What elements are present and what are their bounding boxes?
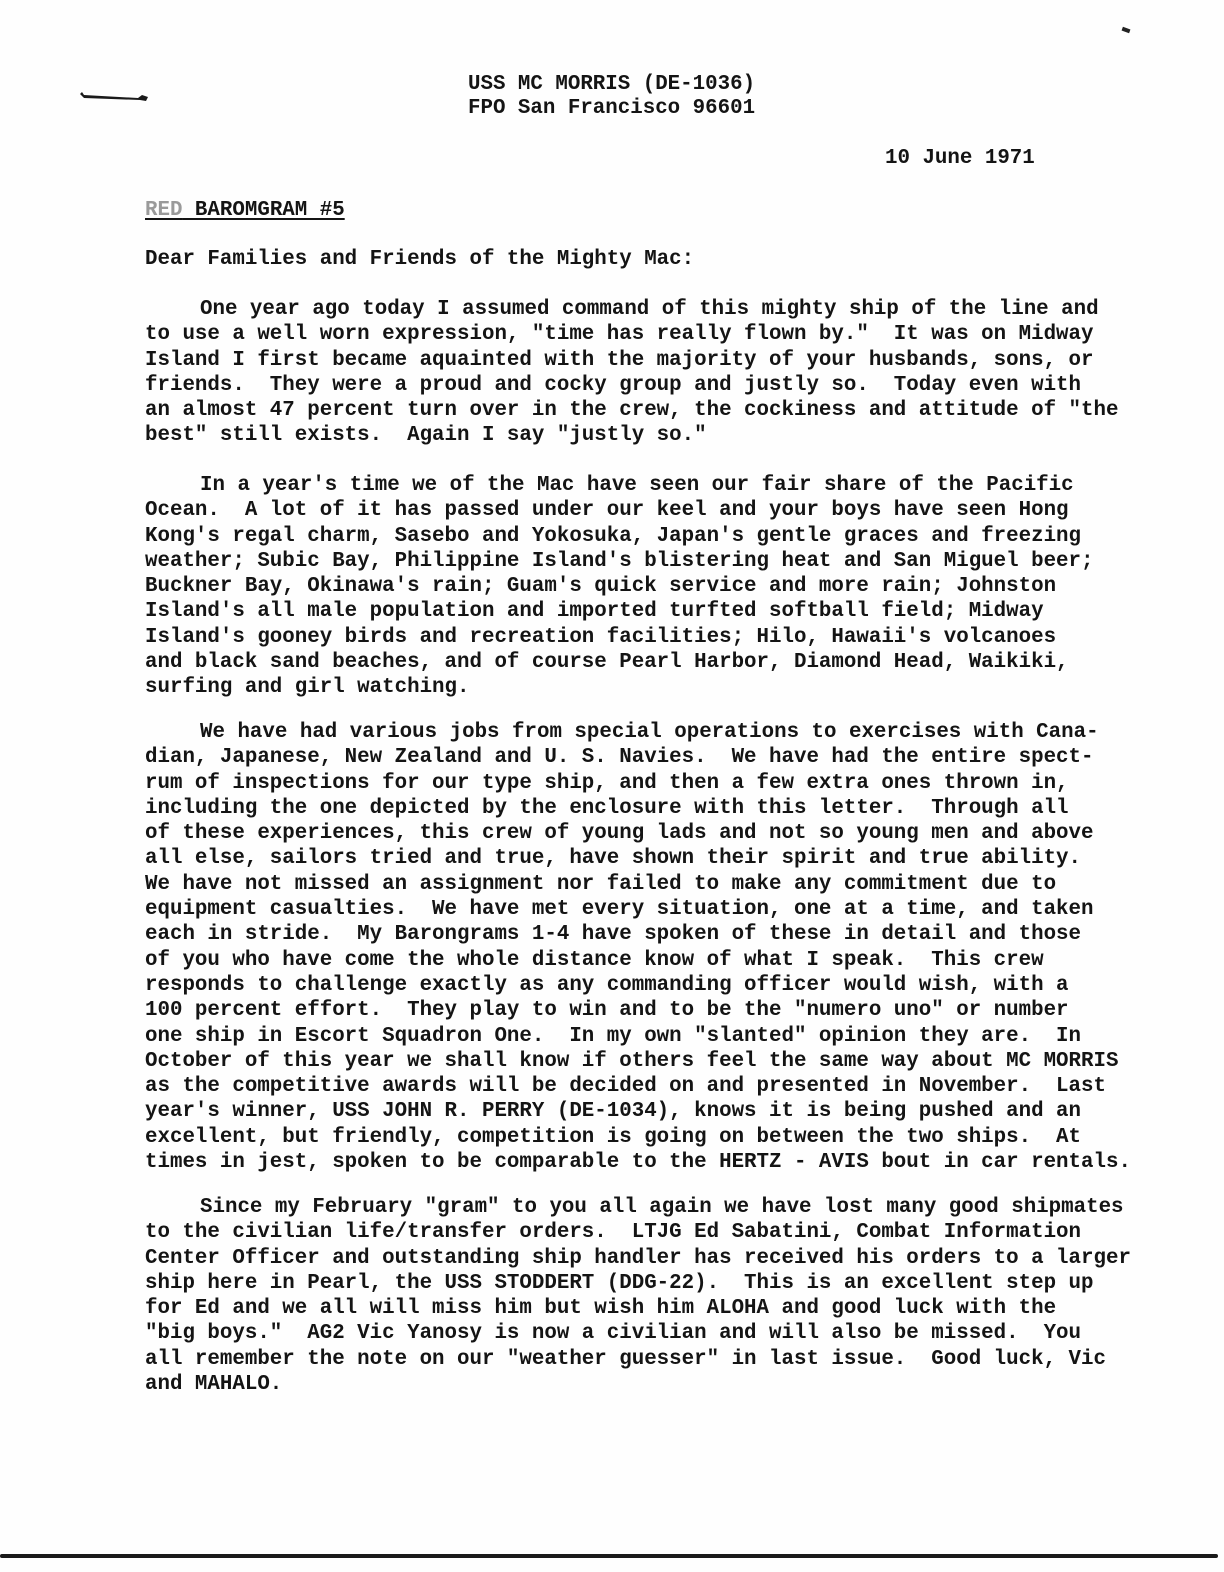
subject-prefix: RED <box>145 199 182 222</box>
paragraph-line: Island's gooney birds and recreation fac… <box>145 625 1145 650</box>
paragraph-line: of you who have come the whole distance … <box>145 948 1145 973</box>
paragraph-line: Buckner Bay, Okinawa's rain; Guam's quic… <box>145 574 1145 599</box>
paragraph-line: Since my February "gram" to you all agai… <box>145 1195 1145 1220</box>
paragraph-3: We have had various jobs from special op… <box>145 720 1145 1175</box>
paragraph-line: best" still exists. Again I say "justly … <box>145 423 1145 448</box>
paragraph-line: and black sand beaches, and of course Pe… <box>145 650 1145 675</box>
subject-title: BAROMGRAM #5 <box>182 199 344 222</box>
paper-clip-mark-icon <box>78 90 150 102</box>
paragraph-line: Island I first became aquainted with the… <box>145 348 1145 373</box>
paragraph-line: friends. They were a proud and cocky gro… <box>145 373 1145 398</box>
paragraph-line: to use a well worn expression, "time has… <box>145 322 1145 347</box>
paragraph-line: In a year's time we of the Mac have seen… <box>145 473 1145 498</box>
paragraph-line: to the civilian life/transfer orders. LT… <box>145 1220 1145 1245</box>
ink-speck <box>1122 27 1131 33</box>
paragraph-line: year's winner, USS JOHN R. PERRY (DE-103… <box>145 1099 1145 1124</box>
paragraph-line: each in stride. My Barongrams 1-4 have s… <box>145 922 1145 947</box>
paragraph-line: October of this year we shall know if ot… <box>145 1049 1145 1074</box>
paragraph-line: 100 percent effort. They play to win and… <box>145 998 1145 1023</box>
paragraph-line: responds to challenge exactly as any com… <box>145 973 1145 998</box>
paragraph-line: Center Officer and outstanding ship hand… <box>145 1246 1145 1271</box>
paragraph-line: rum of inspections for our type ship, an… <box>145 771 1145 796</box>
paragraph-line: "big boys." AG2 Vic Yanosy is now a civi… <box>145 1321 1145 1346</box>
paragraph-line: one ship in Escort Squadron One. In my o… <box>145 1024 1145 1049</box>
paragraph-line: of these experiences, this crew of young… <box>145 821 1145 846</box>
paragraph-line: times in jest, spoken to be comparable t… <box>145 1150 1145 1175</box>
paragraph-line: Ocean. A lot of it has passed under our … <box>145 498 1145 523</box>
paragraph-line: equipment casualties. We have met every … <box>145 897 1145 922</box>
paragraph-line: ship here in Pearl, the USS STODDERT (DD… <box>145 1271 1145 1296</box>
salutation: Dear Families and Friends of the Mighty … <box>145 248 694 272</box>
bottom-rule <box>0 1554 1218 1558</box>
paragraph-line: We have not missed an assignment nor fai… <box>145 872 1145 897</box>
paragraph-line: We have had various jobs from special op… <box>145 720 1145 745</box>
paragraph-line: weather; Subic Bay, Philippine Island's … <box>145 549 1145 574</box>
paragraph-line: all else, sailors tried and true, have s… <box>145 846 1145 871</box>
letterhead-address: FPO San Francisco 96601 <box>468 97 755 121</box>
paragraph-line: One year ago today I assumed command of … <box>145 297 1145 322</box>
paragraph-line: Kong's regal charm, Sasebo and Yokosuka,… <box>145 524 1145 549</box>
letterhead-ship: USS MC MORRIS (DE-1036) <box>468 73 755 97</box>
letter-date: 10 June 1971 <box>885 147 1035 171</box>
paragraph-line: all remember the note on our "weather gu… <box>145 1347 1145 1372</box>
paragraph-line: surfing and girl watching. <box>145 675 1145 700</box>
paragraph-line: an almost 47 percent turn over in the cr… <box>145 398 1145 423</box>
paragraph-line: excellent, but friendly, competition is … <box>145 1125 1145 1150</box>
letter-subject: RED BAROMGRAM #5 <box>145 199 345 223</box>
paragraph-4: Since my February "gram" to you all agai… <box>145 1195 1145 1397</box>
paragraph-line: as the competitive awards will be decide… <box>145 1074 1145 1099</box>
paragraph-line: for Ed and we all will miss him but wish… <box>145 1296 1145 1321</box>
paragraph-line: Island's all male population and importe… <box>145 599 1145 624</box>
paragraph-line: dian, Japanese, New Zealand and U. S. Na… <box>145 745 1145 770</box>
paragraph-1: One year ago today I assumed command of … <box>145 297 1145 449</box>
letter-page: USS MC MORRIS (DE-1036) FPO San Francisc… <box>0 0 1224 1572</box>
paragraph-line: and MAHALO. <box>145 1372 1145 1397</box>
paragraph-line: including the one depicted by the enclos… <box>145 796 1145 821</box>
paragraph-2: In a year's time we of the Mac have seen… <box>145 473 1145 701</box>
